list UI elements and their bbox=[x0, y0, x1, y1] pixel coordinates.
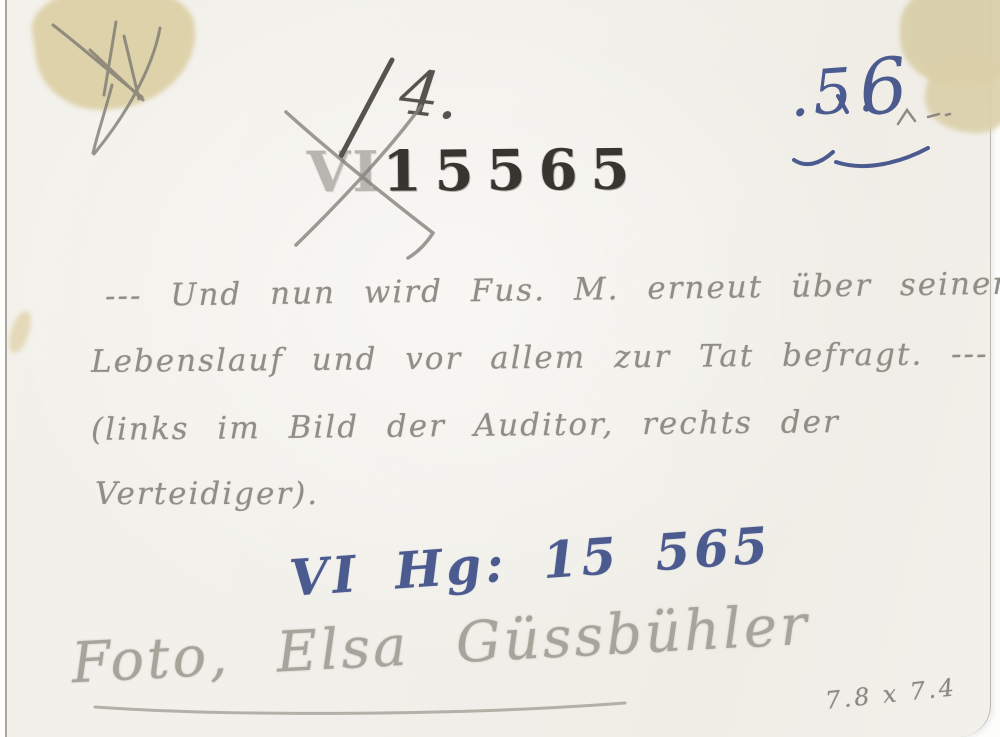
photographer-credit: Foto, Elsa Güssbühler bbox=[70, 593, 812, 697]
print-size-note: 7.8 x 7.4 bbox=[824, 673, 958, 715]
tape-stain-top-left bbox=[27, 0, 204, 119]
archive-number-stamp: VI15565 bbox=[307, 137, 643, 206]
pencil-number-annotation: 4. bbox=[396, 55, 464, 135]
stamp-number: 15565 bbox=[382, 137, 642, 205]
caption-line-3: (links im Bild der Auditor, rechts der bbox=[91, 404, 840, 448]
stamp-prefix: VI bbox=[307, 139, 381, 206]
stain-left-edge bbox=[5, 308, 36, 355]
blue-reference-number: VI Hg: 15 565 bbox=[288, 515, 774, 608]
tape-stain-top-right-lobe bbox=[925, 55, 1000, 133]
caption-line-1: --- Und nun wird Fus. M. erneut über sei… bbox=[105, 266, 1000, 315]
blue-number-6: 6 bbox=[854, 40, 911, 134]
photo-verso-card: VI15565 4. .5. 6 --- Und nun wird Fus. M… bbox=[5, 0, 991, 737]
caption-line-2: Lebenslauf und vor allem zur Tat befragt… bbox=[91, 336, 989, 380]
caption-line-4: Verteidiger). bbox=[95, 476, 319, 512]
